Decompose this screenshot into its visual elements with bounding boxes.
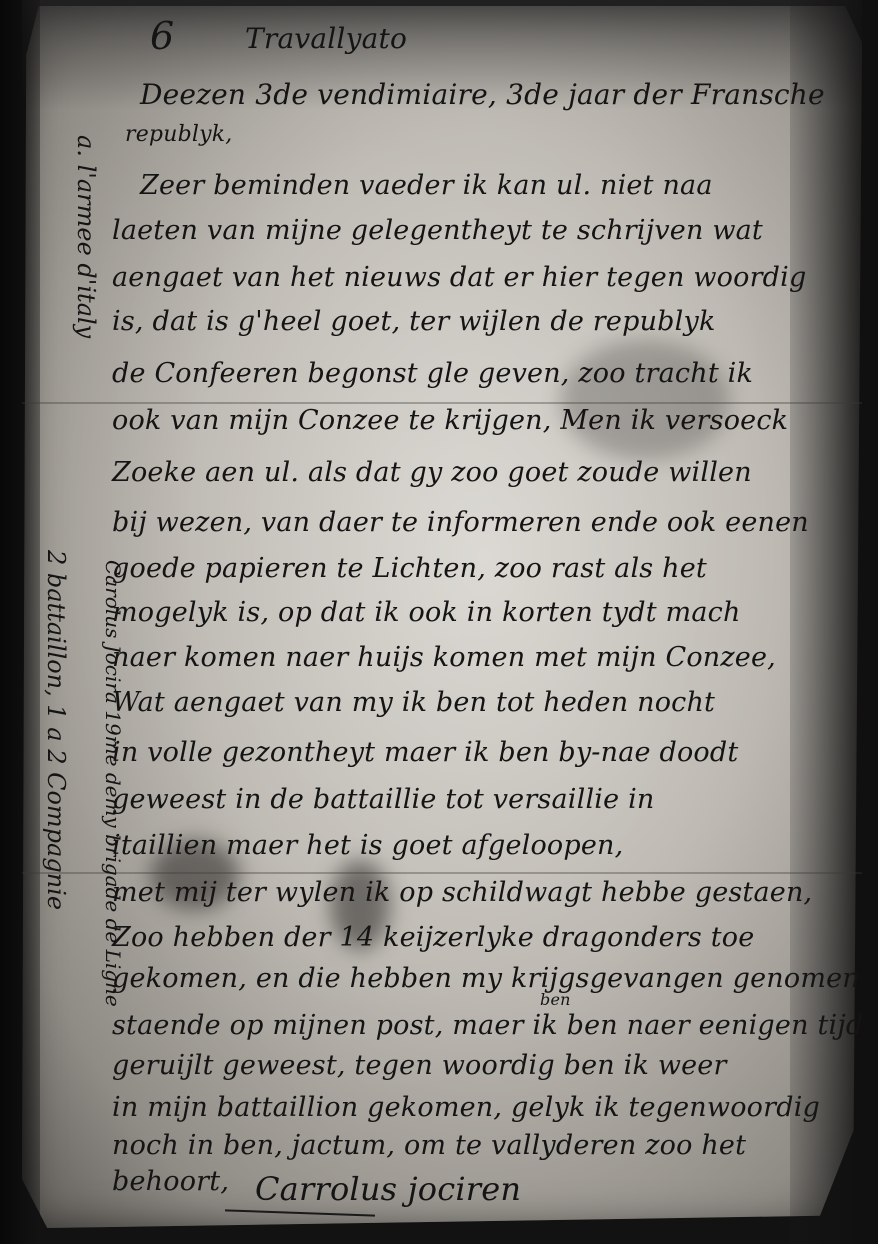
body-line: geweest in de battaillie tot versaillie … bbox=[112, 784, 655, 815]
body-line: in mijn battaillion gekomen, gelyk ik te… bbox=[112, 1092, 820, 1123]
margin-note-line-2: Carolus Jocira 19me demy brigade de Lign… bbox=[101, 560, 125, 1007]
letter-number: 6 bbox=[150, 14, 174, 58]
body-line: met mij ter wylen ik op schildwagt hebbe… bbox=[112, 877, 812, 908]
body-line: staende op mijnen post, maer ik ben naer… bbox=[112, 1010, 863, 1041]
fold-line bbox=[22, 402, 862, 404]
body-line: Wat aengaet van my ik ben tot heden noch… bbox=[112, 687, 715, 718]
body-line: laeten van mijne gelegentheyt te schrijv… bbox=[112, 215, 763, 246]
body-line: Zoeke aen ul. als dat gy zoo goet zoude … bbox=[112, 457, 752, 488]
margin-note-line-1: a. l'armee d'italy bbox=[72, 135, 100, 338]
body-line: goede papieren te Lichten, zoo rast als … bbox=[112, 553, 707, 584]
body-line: in volle gezontheyt maer ik ben by-nae d… bbox=[112, 737, 738, 768]
body-line: geruijlt geweest, tegen woordig ben ik w… bbox=[112, 1050, 727, 1081]
fold-line bbox=[22, 872, 862, 874]
dateline-line-2: republyk, bbox=[125, 122, 232, 147]
body-line: behoort, bbox=[112, 1166, 229, 1197]
signature: Carrolus jociren bbox=[255, 1170, 521, 1208]
body-line: itaillien maer het is goet afgeloopen, bbox=[112, 830, 623, 861]
body-line: ook van mijn Conzee te krijgen, Men ik v… bbox=[112, 405, 788, 436]
insertion-word: ben bbox=[540, 990, 571, 1009]
left-shadow bbox=[0, 0, 40, 1244]
body-line: mogelyk is, op dat ik ook in korten tydt… bbox=[112, 597, 741, 628]
body-line: gekomen, en die hebben my krijgsgevangen… bbox=[112, 963, 860, 994]
body-line: de Confeeren begonst gle geven, zoo trac… bbox=[112, 358, 753, 389]
body-line: noch in ben, jactum, om te vallyderen zo… bbox=[112, 1130, 746, 1161]
margin-note-line-3: 2 battaillon, 1 a 2 Compagnie bbox=[42, 550, 70, 910]
body-line: bij wezen, van daer te informeren ende o… bbox=[112, 507, 809, 538]
body-line: is, dat is g'heel goet, ter wijlen de re… bbox=[112, 306, 716, 337]
letter-place: Travallyato bbox=[245, 22, 407, 55]
body-line: Zoo hebben der 14 keijzerlyke dragonders… bbox=[112, 922, 754, 953]
right-shadow bbox=[790, 0, 878, 1244]
dateline-line-1: Deezen 3de vendimiaire, 3de jaar der Fra… bbox=[140, 78, 825, 111]
body-line: Zeer beminden vaeder ik kan ul. niet naa bbox=[140, 170, 713, 201]
body-line: naer komen naer huijs komen met mijn Con… bbox=[112, 642, 776, 673]
body-line: aengaet van het nieuws dat er hier tegen… bbox=[112, 262, 807, 293]
